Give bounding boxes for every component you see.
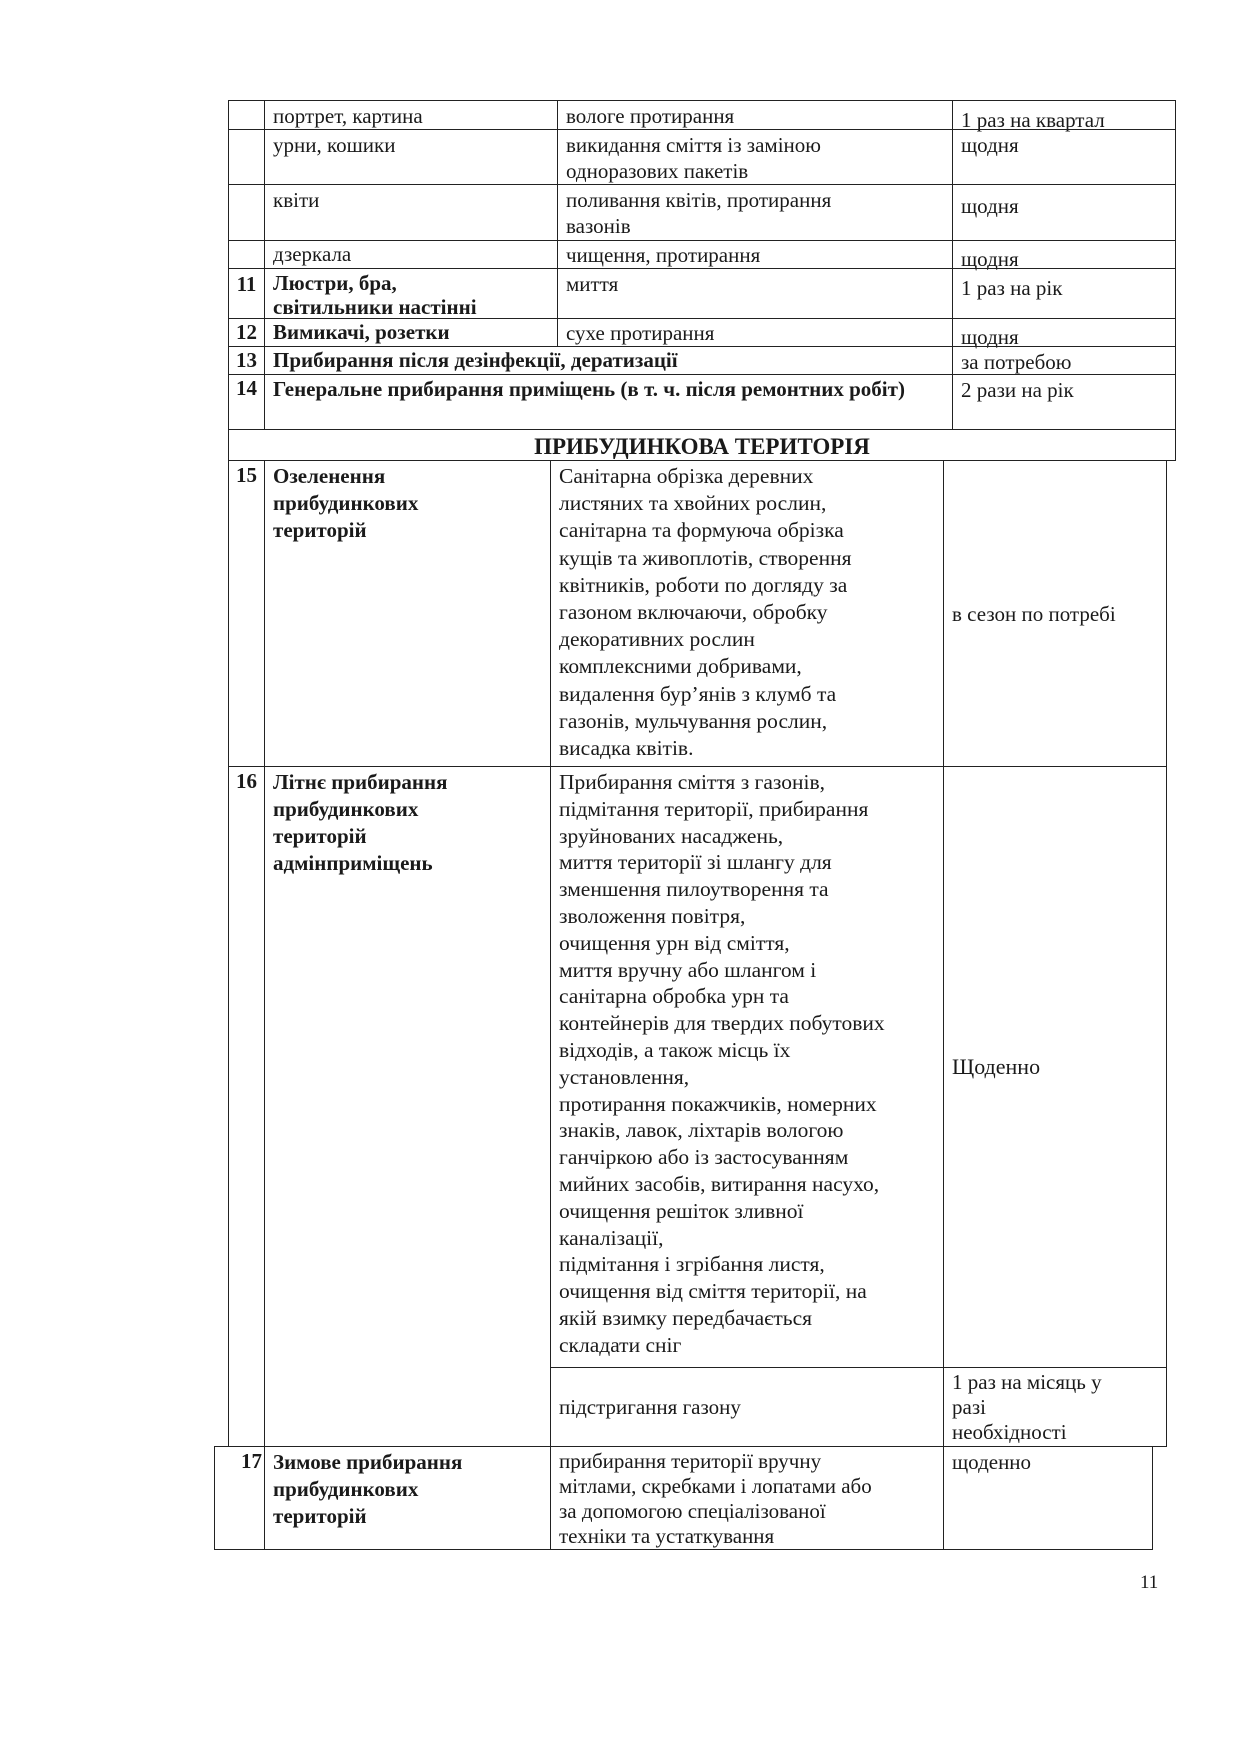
work-cell: викидання сміття із заміною одноразових … [557, 129, 953, 185]
work-cell: вологе протирання [557, 100, 953, 130]
frequency-cell: щодня [952, 184, 1176, 241]
row-number-cell [228, 240, 265, 269]
work-cell: чищення, протирання [557, 240, 953, 269]
frequency-cell: 1 раз на квартал [952, 100, 1176, 130]
row-number-cell: 16 [228, 766, 265, 1447]
frequency-cell: в сезон по потребі [943, 460, 1167, 767]
work-cell: Санітарна обрізка деревних листяних та х… [550, 460, 944, 767]
work-cell: миття [557, 268, 953, 319]
frequency-cell: щоденно [943, 1446, 1153, 1550]
row-number-cell [228, 184, 265, 241]
row-number-cell [228, 100, 265, 130]
work-cell: Прибирання сміття з газонів, підмітання … [550, 766, 944, 1368]
frequency-cell: щодня [952, 129, 1176, 185]
frequency-cell: Щоденно [943, 766, 1167, 1368]
row-number-cell: 12 [228, 318, 265, 347]
row-number-cell: 11 [228, 268, 265, 319]
frequency-cell: щодня [952, 318, 1176, 347]
row-number-cell: 17 [214, 1446, 265, 1550]
work-cell: підстригання газону [550, 1367, 944, 1447]
item-cell: Люстри, бра, світильники настінні [264, 268, 558, 319]
frequency-cell: 1 раз на рік [952, 268, 1176, 319]
row-number-cell: 14 [228, 374, 265, 430]
frequency-cell: 2 рази на рік [952, 374, 1176, 430]
work-cell: прибирання території вручну мітлами, скр… [550, 1446, 944, 1550]
frequency-cell: 1 раз на місяць у разі необхідності [943, 1367, 1167, 1447]
item-cell: Прибирання після дезінфекції, дератизаці… [264, 346, 953, 375]
item-cell: Літнє прибирання прибудинкових територій… [264, 766, 551, 1447]
frequency-cell: за потребою [952, 346, 1176, 375]
item-cell: Озеленення прибудинкових територій [264, 460, 551, 767]
row-number-cell: 15 [228, 460, 265, 767]
item-cell: портрет, картина [264, 100, 558, 130]
frequency-cell: щодня [952, 240, 1176, 269]
section-title: ПРИБУДИНКОВА ТЕРИТОРІЯ [228, 429, 1176, 461]
item-cell: Генеральне прибирання приміщень (в т. ч.… [264, 374, 953, 430]
row-number-cell: 13 [228, 346, 265, 375]
item-cell: Зимове прибирання прибудинкових територі… [264, 1446, 551, 1550]
work-cell: сухе протирання [557, 318, 953, 347]
item-cell: Вимикачі, розетки [264, 318, 558, 347]
item-cell: дзеркала [264, 240, 558, 269]
item-cell: квіти [264, 184, 558, 241]
work-cell: поливання квітів, протирання вазонів [557, 184, 953, 241]
item-cell: урни, кошики [264, 129, 558, 185]
page-number: 11 [1140, 1572, 1158, 1594]
row-number-cell [228, 129, 265, 185]
